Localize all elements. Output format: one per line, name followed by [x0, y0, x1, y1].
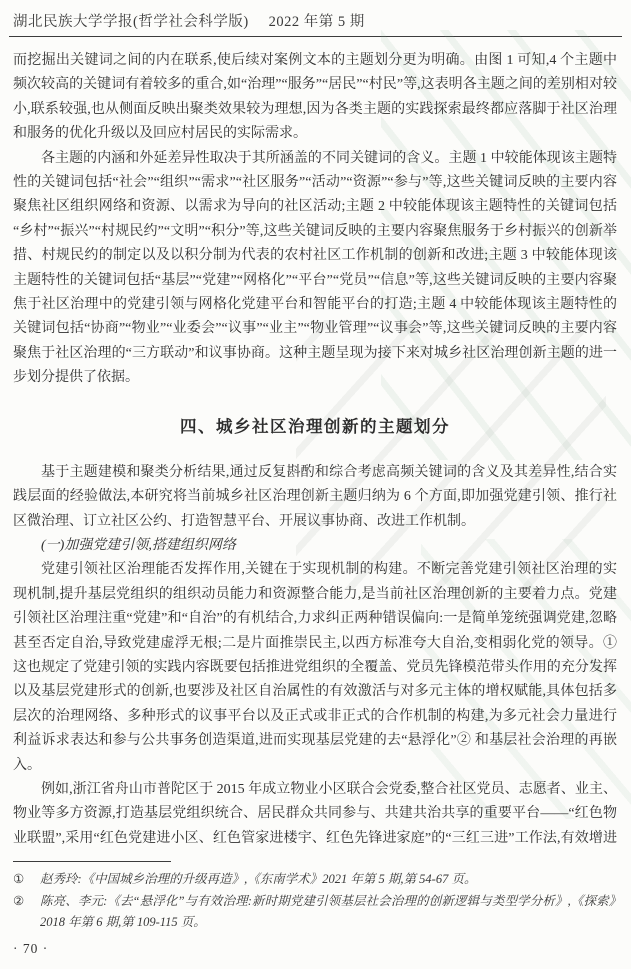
section-heading: 四、城乡社区治理创新的主题划分	[13, 413, 617, 437]
footnote-1: ① 赵秀玲:《中国城乡治理的升级再造》,《东南学术》2021 年第 5 期,第 …	[13, 869, 615, 890]
page-number: · 70 ·	[13, 941, 615, 957]
journal-issue: 2022 年第 5 期	[269, 10, 365, 31]
journal-page: 湖北民族大学学报(哲学社会科学版) 2022 年第 5 期 而挖掘出关键词之间的…	[0, 0, 631, 969]
footnote-1-marker: ①	[13, 869, 40, 890]
footnote-2-marker: ②	[13, 891, 40, 932]
article-body: 而挖掘出关键词之间的内在联系,使后续对案例文本的主题划分更为明确。由图 1 可知…	[0, 37, 631, 924]
footnote-2: ② 陈亮、李元:《去“悬浮化”与有效治理:新时期党建引领基层社会治理的创新逻辑与…	[13, 891, 615, 932]
footnote-2-text: 陈亮、李元:《去“悬浮化”与有效治理:新时期党建引领基层社会治理的创新逻辑与类型…	[40, 891, 615, 932]
running-head: 湖北民族大学学报(哲学社会科学版) 2022 年第 5 期	[0, 0, 631, 36]
paragraph-theme-summary: 基于主题建模和聚类分析结果,通过反复斟酌和综合考虑高频关键词的含义及其差异性,结…	[13, 461, 617, 534]
page-footer: ① 赵秀玲:《中国城乡治理的升级再造》,《东南学术》2021 年第 5 期,第 …	[0, 852, 631, 969]
subsection-heading: (一)加强党建引领,搭建组织网络	[13, 534, 617, 558]
footnote-divider	[13, 861, 171, 862]
footnote-1-text: 赵秀玲:《中国城乡治理的升级再造》,《东南学术》2021 年第 5 期,第 54…	[40, 869, 615, 890]
paragraph-continued: 而挖掘出关键词之间的内在联系,使后续对案例文本的主题划分更为明确。由图 1 可知…	[13, 49, 617, 147]
paragraph-theme-keywords: 各主题的内涵和外延差异性取决于其所涵盖的不同关键词的含义。主题 1 中较能体现该…	[13, 147, 617, 391]
paragraph-party-building: 党建引领社区治理能否发挥作用,关键在于实现机制的构建。不断完善党建引领社区治理的…	[13, 558, 617, 778]
journal-title: 湖北民族大学学报(哲学社会科学版)	[13, 10, 249, 31]
